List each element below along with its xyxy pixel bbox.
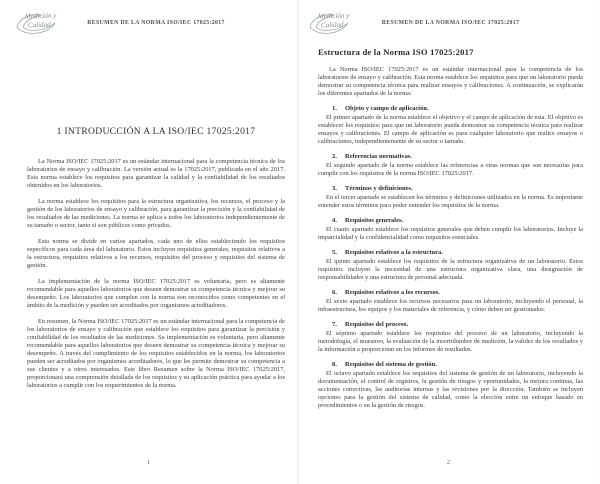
section-body: El octavo apartado establece los requisi… [318,370,583,410]
paragraph: La norma establece los requisitos para l… [27,198,285,230]
logo-text-line1: Medición y [25,12,57,20]
section-body: El séptimo apartado establece los requis… [318,330,583,354]
section-2: 2.Referencias normativas. El segundo apa… [318,153,583,178]
section-title: Requisitos del sistema de gestión. [345,361,437,368]
section-4: 4.Requisitos generales. El cuarto aparta… [318,217,583,242]
section-number: 4. [332,217,345,225]
section-title: Objeto y campo de aplicación. [345,105,429,112]
section-body: El sexto apartado establece los recursos… [318,298,583,314]
section-body: El cuarto apartado establece los requisi… [318,226,583,242]
page-2-number: 2 [299,459,598,466]
section-number: 7. [332,321,345,329]
page-1: Medición y Calidad RESUMEN DE LA NORMA I… [0,0,299,484]
document-spread: Medición y Calidad RESUMEN DE LA NORMA I… [0,0,600,484]
section-3: 3.Términos y definiciones. En el tercer … [318,185,583,210]
section-title: Requisitos relativos a los recursos. [345,289,440,296]
page-1-title: 1 INTRODUCCIÓN A LA ISO/IEC 17025:2017 [27,126,285,137]
section-5: 5.Requisitos relativos a la estructura. … [318,249,583,282]
paragraph: En resumen, la Norma ISO/IEC 17025:2017 … [27,318,285,390]
company-logo: Medición y Calidad [308,9,354,39]
intro-paragraph: La Norma ISO/IEC 17025:2017 es un estánd… [318,66,583,98]
paragraph: Esta norma se divide en varios apartados… [27,238,285,270]
logo-text-line2: Calidad [28,22,51,30]
page-1-header: Medición y Calidad RESUMEN DE LA NORMA I… [27,0,285,34]
section-number: 8. [332,361,345,369]
section-6: 6.Requisitos relativos a los recursos. E… [318,289,583,314]
section-body: El segundo apartado de la norma establec… [318,162,583,178]
logo-text-line2: Calidad [321,22,344,30]
section-body: El quinto apartado establece los requisi… [318,258,583,282]
section-number: 3. [332,185,345,193]
running-header: RESUMEN DE LA NORMA ISO/IEC 17025:2017 [318,0,583,26]
section-number: 6. [332,289,345,297]
section-title: Términos y definiciones. [345,185,413,192]
section-title: Requisitos del proceso. [345,321,408,328]
section-number: 2. [332,153,345,161]
page-2-header: Medición y Calidad RESUMEN DE LA NORMA I… [318,0,583,34]
company-logo: Medición y Calidad [15,9,61,39]
running-header: RESUMEN DE LA NORMA ISO/IEC 17025:2017 [27,0,285,26]
section-title: Requisitos generales. [345,217,403,224]
paragraph: La Norma ISO/IEC 17025:2017 es un estánd… [27,158,285,190]
page-1-number: 1 [0,459,297,466]
section-body: El primer apartado de la norma establece… [318,114,583,146]
section-1: 1.Objeto y campo de aplicación. El prime… [318,105,583,146]
section-8: 8.Requisitos del sistema de gestión. El … [318,361,583,410]
section-number: 5. [332,249,345,257]
section-number: 1. [332,105,345,113]
page-2-title: Estructura de la Norma ISO 17025:2017 [318,47,583,57]
section-title: Referencias normativas. [345,153,412,160]
paragraph: La implementación de la norma ISO/IEC 17… [27,278,285,310]
section-title: Requisitos relativos a la estructura. [345,249,443,256]
logo-text-line1: Medición y [318,12,350,20]
section-7: 7.Requisitos del proceso. El séptimo apa… [318,321,583,354]
section-body: En el tercer apartado se establecen los … [318,194,583,210]
page-2: Medición y Calidad RESUMEN DE LA NORMA I… [299,0,598,484]
